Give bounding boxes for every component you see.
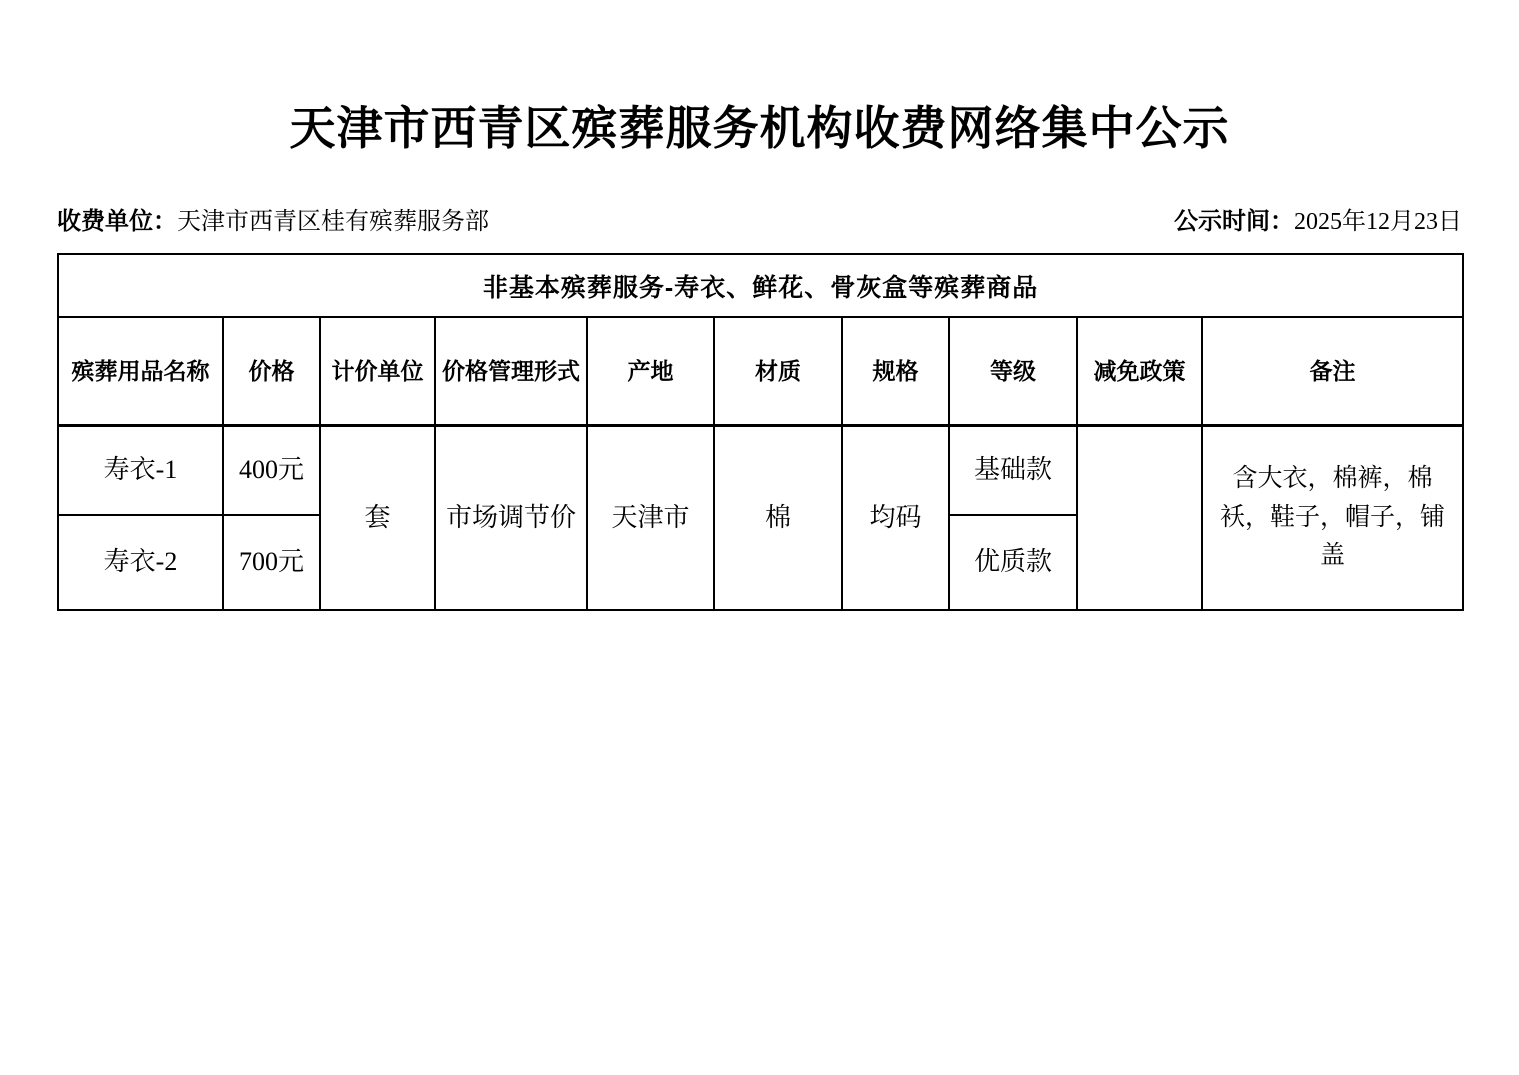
publicity-time: 公示时间：2025年12月23日 [1174,206,1462,238]
publicity-time-label: 公示时间： [1174,208,1294,235]
col-header-price: 价格 [223,317,320,426]
cell-material: 棉 [714,426,842,611]
col-header-pricing-unit: 计价单位 [320,317,435,426]
col-header-price-management: 价格管理形式 [435,317,587,426]
cell-origin: 天津市 [587,426,714,611]
cell-grade: 优质款 [949,515,1077,610]
col-header-remark: 备注 [1202,317,1463,426]
col-header-item-name: 殡葬用品名称 [58,317,223,426]
col-header-origin: 产地 [587,317,714,426]
fee-table: 非基本殡葬服务-寿衣、鲜花、骨灰盒等殡葬商品 殡葬用品名称 价格 计价单位 价格… [57,253,1464,611]
col-header-material: 材质 [714,317,842,426]
page-title: 天津市西青区殡葬服务机构收费网络集中公示 [0,96,1519,163]
col-header-spec: 规格 [842,317,949,426]
cell-item-name: 寿衣-2 [58,515,223,610]
table-section-row: 非基本殡葬服务-寿衣、鲜花、骨灰盒等殡葬商品 [58,254,1463,317]
cell-exemption-policy [1077,426,1202,611]
col-header-exemption-policy: 减免政策 [1077,317,1202,426]
cell-remark: 含大衣，棉裤，棉袄，鞋子，帽子，铺盖 [1202,426,1463,611]
cell-spec: 均码 [842,426,949,611]
document-page: 天津市西青区殡葬服务机构收费网络集中公示 收费单位：天津市西青区桂有殡葬服务部 … [0,0,1519,1075]
cell-grade: 基础款 [949,426,1077,516]
cell-price: 400元 [223,426,320,516]
meta-row: 收费单位：天津市西青区桂有殡葬服务部 公示时间：2025年12月23日 [57,206,1462,238]
publicity-time-value: 2025年12月23日 [1294,209,1462,235]
table-section-title: 非基本殡葬服务-寿衣、鲜花、骨灰盒等殡葬商品 [58,254,1463,317]
charging-unit-label: 收费单位： [57,208,177,235]
cell-price: 700元 [223,515,320,610]
table-row-shouyi-1: 寿衣-1 400元 套 市场调节价 天津市 棉 均码 基础款 含大衣，棉裤，棉袄… [58,426,1463,516]
cell-pricing-unit: 套 [320,426,435,611]
charging-unit-value: 天津市西青区桂有殡葬服务部 [177,209,489,235]
cell-item-name: 寿衣-1 [58,426,223,516]
cell-price-management: 市场调节价 [435,426,587,611]
table-header-row: 殡葬用品名称 价格 计价单位 价格管理形式 产地 材质 规格 等级 减免政策 备… [58,317,1463,426]
col-header-grade: 等级 [949,317,1077,426]
charging-unit: 收费单位：天津市西青区桂有殡葬服务部 [57,206,489,238]
